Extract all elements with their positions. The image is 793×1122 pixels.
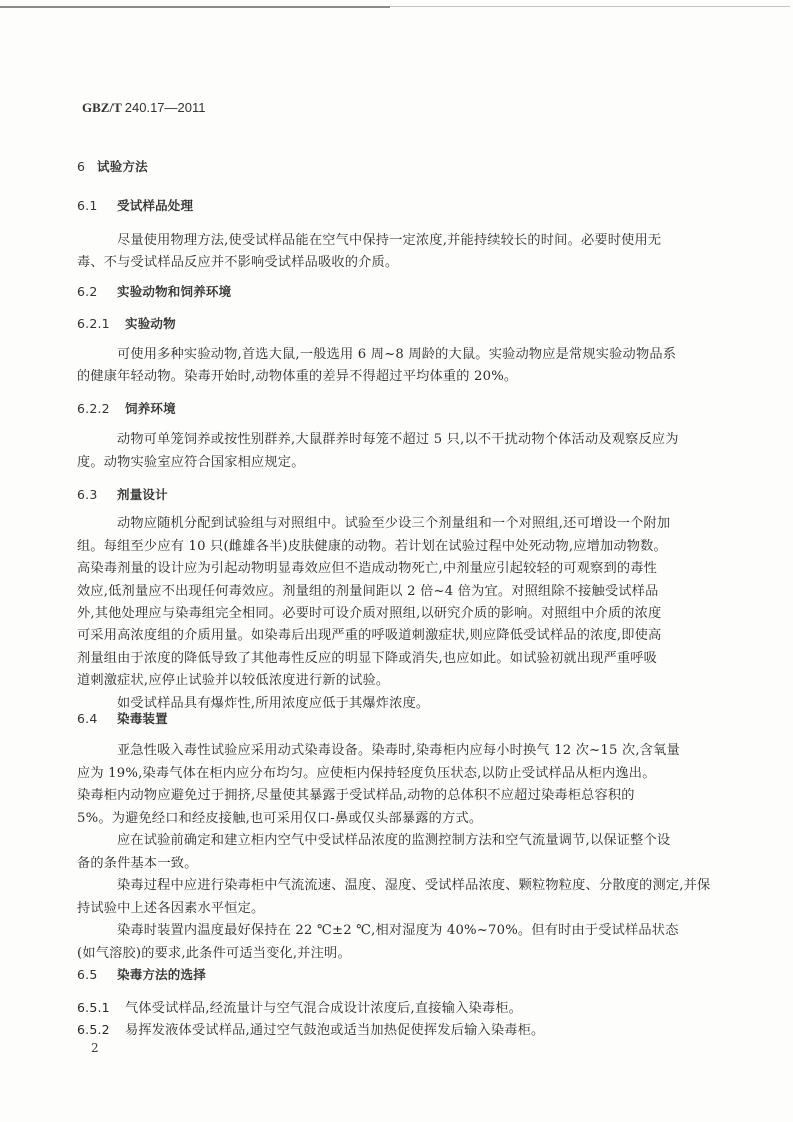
paragraph-line: 亚急性吸入毒性试验应采用动式染毒设备。染毒时,染毒柜内应每小时换气 12 次~1… bbox=[117, 743, 680, 759]
paragraph-line: 的健康年轻动物。染毒开始时,动物体重的差异不得超过平均体重的 20%。 bbox=[77, 369, 517, 385]
paragraph-line: 5%。为避免经口和经皮接触,也可采用仅口-鼻或仅头部暴露的方式。 bbox=[77, 811, 482, 827]
paragraph-line: 可采用高浓度组的介质用量。如染毒后出现严重的呼吸道刺激症状,则应降低受试样品的浓… bbox=[77, 628, 661, 644]
paragraph-line: 剂量组由于浓度的降低导致了其他毒性反应的明显下降或消失,也应如此。如试验初就出现… bbox=[77, 651, 657, 667]
top-border-line-faint bbox=[390, 6, 790, 7]
heading-6-5: 6.5染毒方法的选择 bbox=[77, 967, 206, 983]
paragraph-line: 如受试样品具有爆炸性,所用浓度应低于其爆炸浓度。 bbox=[117, 696, 429, 712]
paragraph-line: 道刺激症状,应停止试验并以较低浓度进行新的试验。 bbox=[77, 673, 389, 689]
paragraph-line: 度。动物实验室应符合国家相应规定。 bbox=[77, 455, 305, 471]
heading-6-2: 6.2实验动物和饲养环境 bbox=[77, 284, 231, 300]
paragraph-line: 持试验中上述各因素水平恒定。 bbox=[77, 901, 264, 917]
paragraph-line: 应在试验前确定和建立柜内空气中受试样品浓度的监测控制方法和空气流量调节,以保证整… bbox=[117, 833, 670, 849]
paragraph-line: 高染毒剂量的设计应为引起动物明显毒效应但不造成动物死亡,中剂量应引起较轻的可观察… bbox=[77, 561, 657, 577]
paragraph-line: 应为 19%,染毒气体在柜内应分布均匀。应使柜内保持轻度负压状态,以防止受试样品… bbox=[77, 766, 656, 782]
standard-prefix: GBZ/T bbox=[82, 100, 122, 115]
paragraph-line: 备的条件基本一致。 bbox=[77, 856, 198, 872]
heading-6-4: 6.4染毒装置 bbox=[77, 711, 168, 727]
heading-6: 6试验方法 bbox=[77, 159, 148, 175]
clause-6-5-2: 6.5.2易挥发液体受试样品,通过空气鼓泡或适当加热促使挥发后输入染毒柜。 bbox=[77, 1022, 544, 1039]
paragraph-line: 染毒过程中应进行染毒柜中气流流速、温度、湿度、受试样品浓度、颗粒物粒度、分散度的… bbox=[117, 878, 710, 894]
heading-6-2-1: 6.2.1实验动物 bbox=[77, 316, 176, 332]
paragraph-line: 组。每组至少应有 10 只(雌雄各半)皮肤健康的动物。若计划在试验过程中处死动物… bbox=[77, 539, 667, 555]
heading-6-1: 6.1受试样品处理 bbox=[77, 198, 193, 214]
paragraph-line: 染毒时装置内温度最好保持在 22 ℃±2 ℃,相对湿度为 40%~70%。但有时… bbox=[117, 923, 679, 939]
clause-6-5-1: 6.5.1气体受试样品,经流量计与空气混合成设计浓度后,直接输入染毒柜。 bbox=[77, 1000, 522, 1017]
paragraph-line: 可使用多种实验动物,首选大鼠,一般选用 6 周~8 周龄的大鼠。实验动物应是常规… bbox=[117, 347, 676, 363]
paragraph-line: 染毒柜内动物应避免过于拥挤,尽量使其暴露于受试样品,动物的总体积不应超过染毒柜总… bbox=[77, 788, 635, 804]
paragraph-line: (如气溶胶)的要求,此条件可适当变化,并注明。 bbox=[77, 946, 351, 962]
paragraph-line: 效应,低剂量应不出现任何毒效应。剂量组的剂量间距以 2 倍~4 倍为宜。对照组除… bbox=[77, 584, 659, 600]
paragraph-line: 动物应随机分配到试验组与对照组中。试验至少设三个剂量组和一个对照组,还可增设一个… bbox=[117, 516, 670, 532]
top-border-line bbox=[0, 6, 390, 8]
heading-6-3: 6.3剂量设计 bbox=[77, 487, 168, 503]
standard-number: 240.17—2011 bbox=[125, 100, 206, 115]
heading-6-2-2: 6.2.2饲养环境 bbox=[77, 401, 176, 417]
paragraph-line: 毒、不与受试样品反应并不影响受试样品吸收的介质。 bbox=[77, 255, 398, 271]
document-header: GBZ/T 240.17—2011 bbox=[82, 100, 205, 116]
paragraph-line: 动物可单笼饲养或按性别群养,大鼠群养时每笼不超过 5 只,以不干扰动物个体活动及… bbox=[117, 432, 679, 448]
page-number: 2 bbox=[91, 1041, 99, 1055]
paragraph-line: 尽量使用物理方法,使受试样品能在空气中保持一定浓度,并能持续较长的时间。必要时使… bbox=[117, 233, 661, 249]
paragraph-line: 外,其他处理应与染毒组完全相同。必要时可设介质对照组,以研究介质的影响。对照组中… bbox=[77, 606, 661, 622]
